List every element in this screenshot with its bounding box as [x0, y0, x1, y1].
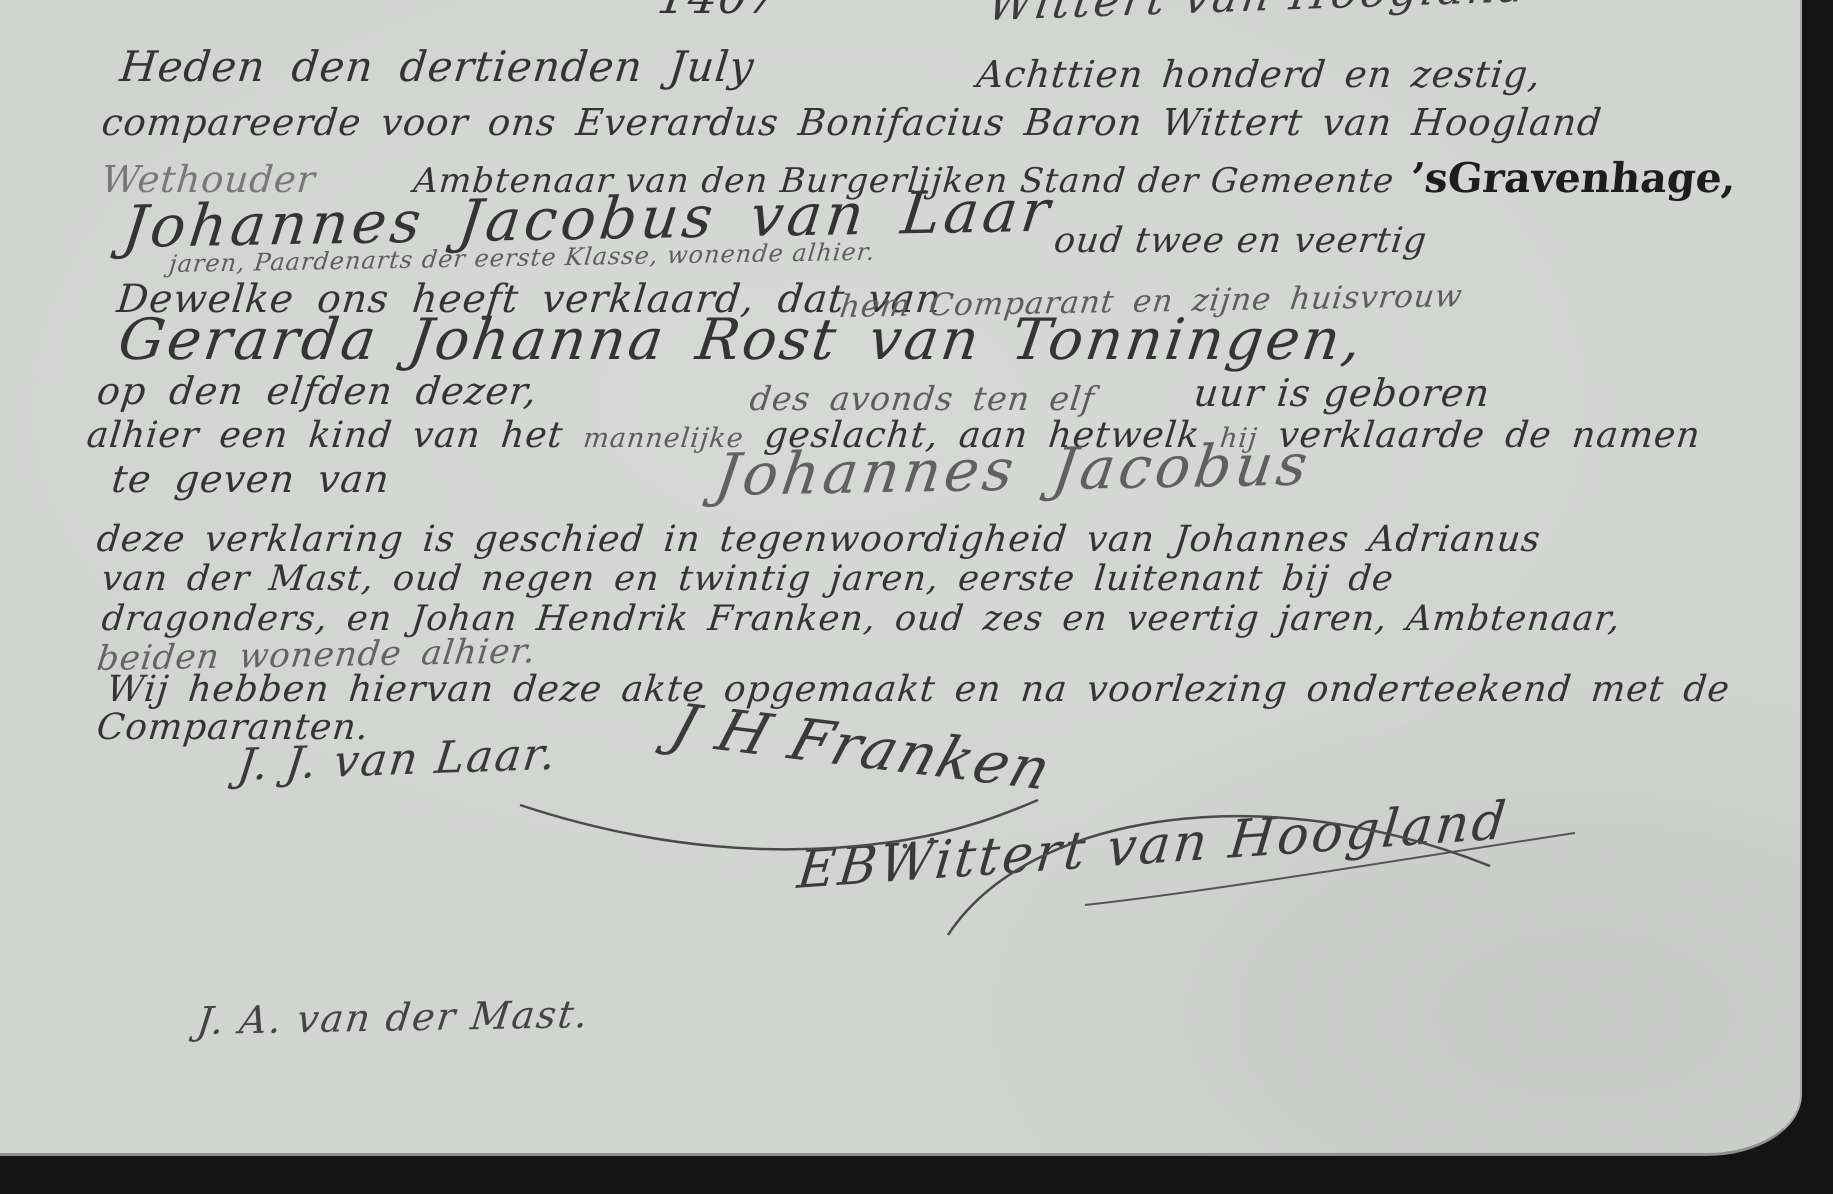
scanned-birth-record: 1407 Wittert van Hoogland Heden den dert…	[0, 0, 1833, 1194]
line-date-year: Achttien honderd en zestig,	[975, 56, 1543, 93]
line-birth-time: des avonds ten elf	[748, 382, 1097, 415]
child-line-3: verklaarde de namen	[1276, 415, 1702, 456]
line-comparition: compareerde voor ons Everardus Bonifaciu…	[100, 104, 1604, 141]
line-witness-2: van der Mast, oud negen en twintig jaren…	[100, 562, 1396, 597]
signature-franken: J H Franken	[665, 696, 1059, 799]
line-witness-intro: deze verklaring is geschied in tegenwoor…	[95, 522, 1543, 558]
signature-van-laar: J. J. van Laar.	[235, 733, 560, 788]
signature-van-der-mast: J. A. van der Mast.	[195, 995, 592, 1040]
child-line-1: alhier een kind van het	[85, 415, 566, 456]
line-witness-3: dragonders, en Johan Hendrik Franken, ou…	[100, 602, 1622, 637]
line-mother-name: Gerarda Johanna Rost van Tonningen,	[115, 312, 1368, 369]
act-number: 1407	[655, 0, 783, 20]
line-date-day: Heden den dertienden July	[118, 46, 756, 88]
line-name-intro: te geven van	[110, 460, 392, 498]
municipality-name: ’sGravenhage,	[1408, 154, 1738, 202]
top-right-signature-fragment: Wittert van Hoogland	[985, 0, 1533, 28]
line-closing: Wij hebben hiervan deze akte opgemaakt e…	[105, 672, 1732, 708]
line-birth-tail: uur is geboren	[1192, 374, 1492, 412]
line-declarant-age: oud twee en veertig	[1052, 224, 1429, 259]
document-paper: 1407 Wittert van Hoogland Heden den dert…	[0, 0, 1802, 1156]
line-birth-day: op den elfden dezer,	[95, 372, 540, 410]
signature-wittert-van-hoogland: EBWittert van Hoogland	[795, 795, 1511, 897]
line-child-name: Johannes Jacobus	[712, 435, 1315, 504]
